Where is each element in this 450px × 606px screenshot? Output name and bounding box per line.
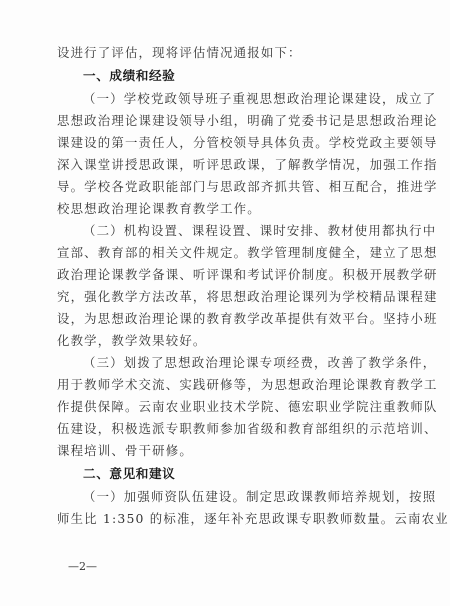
paragraph-line: 设，为思想政治理论课的教育教学改革提供有效平台。坚持小班 [57, 308, 397, 330]
paragraph-line: 课程培训、骨干研修。 [57, 440, 397, 462]
section-heading-suggestions: 二、意见和建议 [57, 462, 397, 486]
section-heading-achievements: 一、成绩和经验 [57, 64, 397, 88]
paragraph-line: 课建设的第一责任人，分管校领导具体负责。学校党政主要领导 [57, 132, 397, 154]
paragraph-line: （一）加强师资队伍建设。制定思政课教师培养规划，按照 [57, 486, 397, 508]
paragraph-line: 校思想政治理论课教育教学工作。 [57, 198, 397, 220]
paragraph-line: 宣部、教育部的相关文件规定。教学管理制度健全，建立了思想 [57, 242, 397, 264]
paragraph-line: 究，强化教学方法改革，将思想政治理论课列为学校精品课程建 [57, 286, 397, 308]
paragraph-line: 作提供保障。云南农业职业技术学院、德宏职业学院注重教师队 [57, 396, 397, 418]
document-body: 设进行了评估，现将评估情况通报如下： 一、成绩和经验 （一）学校党政领导班子重视… [57, 42, 397, 530]
paragraph-line: （三）划拨了思想政治理论课专项经费，改善了教学条件， [57, 352, 397, 374]
paragraph-2: （二）机构设置、课程设置、课时安排、教材使用都执行中 宣部、教育部的相关文件规定… [57, 220, 397, 352]
paragraph-3: （三）划拨了思想政治理论课专项经费，改善了教学条件， 用于教师学术交流、实践研修… [57, 352, 397, 462]
paragraph-line: 深入课堂讲授思政课，听评思政课，了解教学情况，加强工作指 [57, 154, 397, 176]
paragraph-line: 政治理论课教学备课、听评课和考试评价制度。积极开展教学研 [57, 264, 397, 286]
paragraph-1: （一）学校党政领导班子重视思想政治理论课建设，成立了 思想政治理论课建设领导小组… [57, 88, 397, 220]
paragraph-line: 伍建设，积极选派专职教师参加省级和教育部组织的示范培训、 [57, 418, 397, 440]
paragraph-line: 师生比 1:350 的标准，逐年补充思政课专职教师数量。云南农业 [57, 508, 397, 530]
paragraph-line: 用于教师学术交流、实践研修等，为思想政治理论课教育教学工 [57, 374, 397, 396]
paragraph-line: 导。学校各党政职能部门与思政部齐抓共管、相互配合，推进学 [57, 176, 397, 198]
document-page: 设进行了评估，现将评估情况通报如下： 一、成绩和经验 （一）学校党政领导班子重视… [0, 0, 450, 606]
paragraph-line: （一）学校党政领导班子重视思想政治理论课建设，成立了 [57, 88, 397, 110]
paragraph-line: 化教学，教学效果较好。 [57, 330, 397, 352]
paragraph-line: （二）机构设置、课程设置、课时安排、教材使用都执行中 [57, 220, 397, 242]
paragraph-4: （一）加强师资队伍建设。制定思政课教师培养规划，按照 师生比 1:350 的标准… [57, 486, 397, 530]
paragraph-line: 思想政治理论课建设领导小组，明确了党委书记是思想政治理论 [57, 110, 397, 132]
page-number: —2— [68, 560, 97, 573]
intro-line: 设进行了评估，现将评估情况通报如下： [57, 42, 397, 64]
